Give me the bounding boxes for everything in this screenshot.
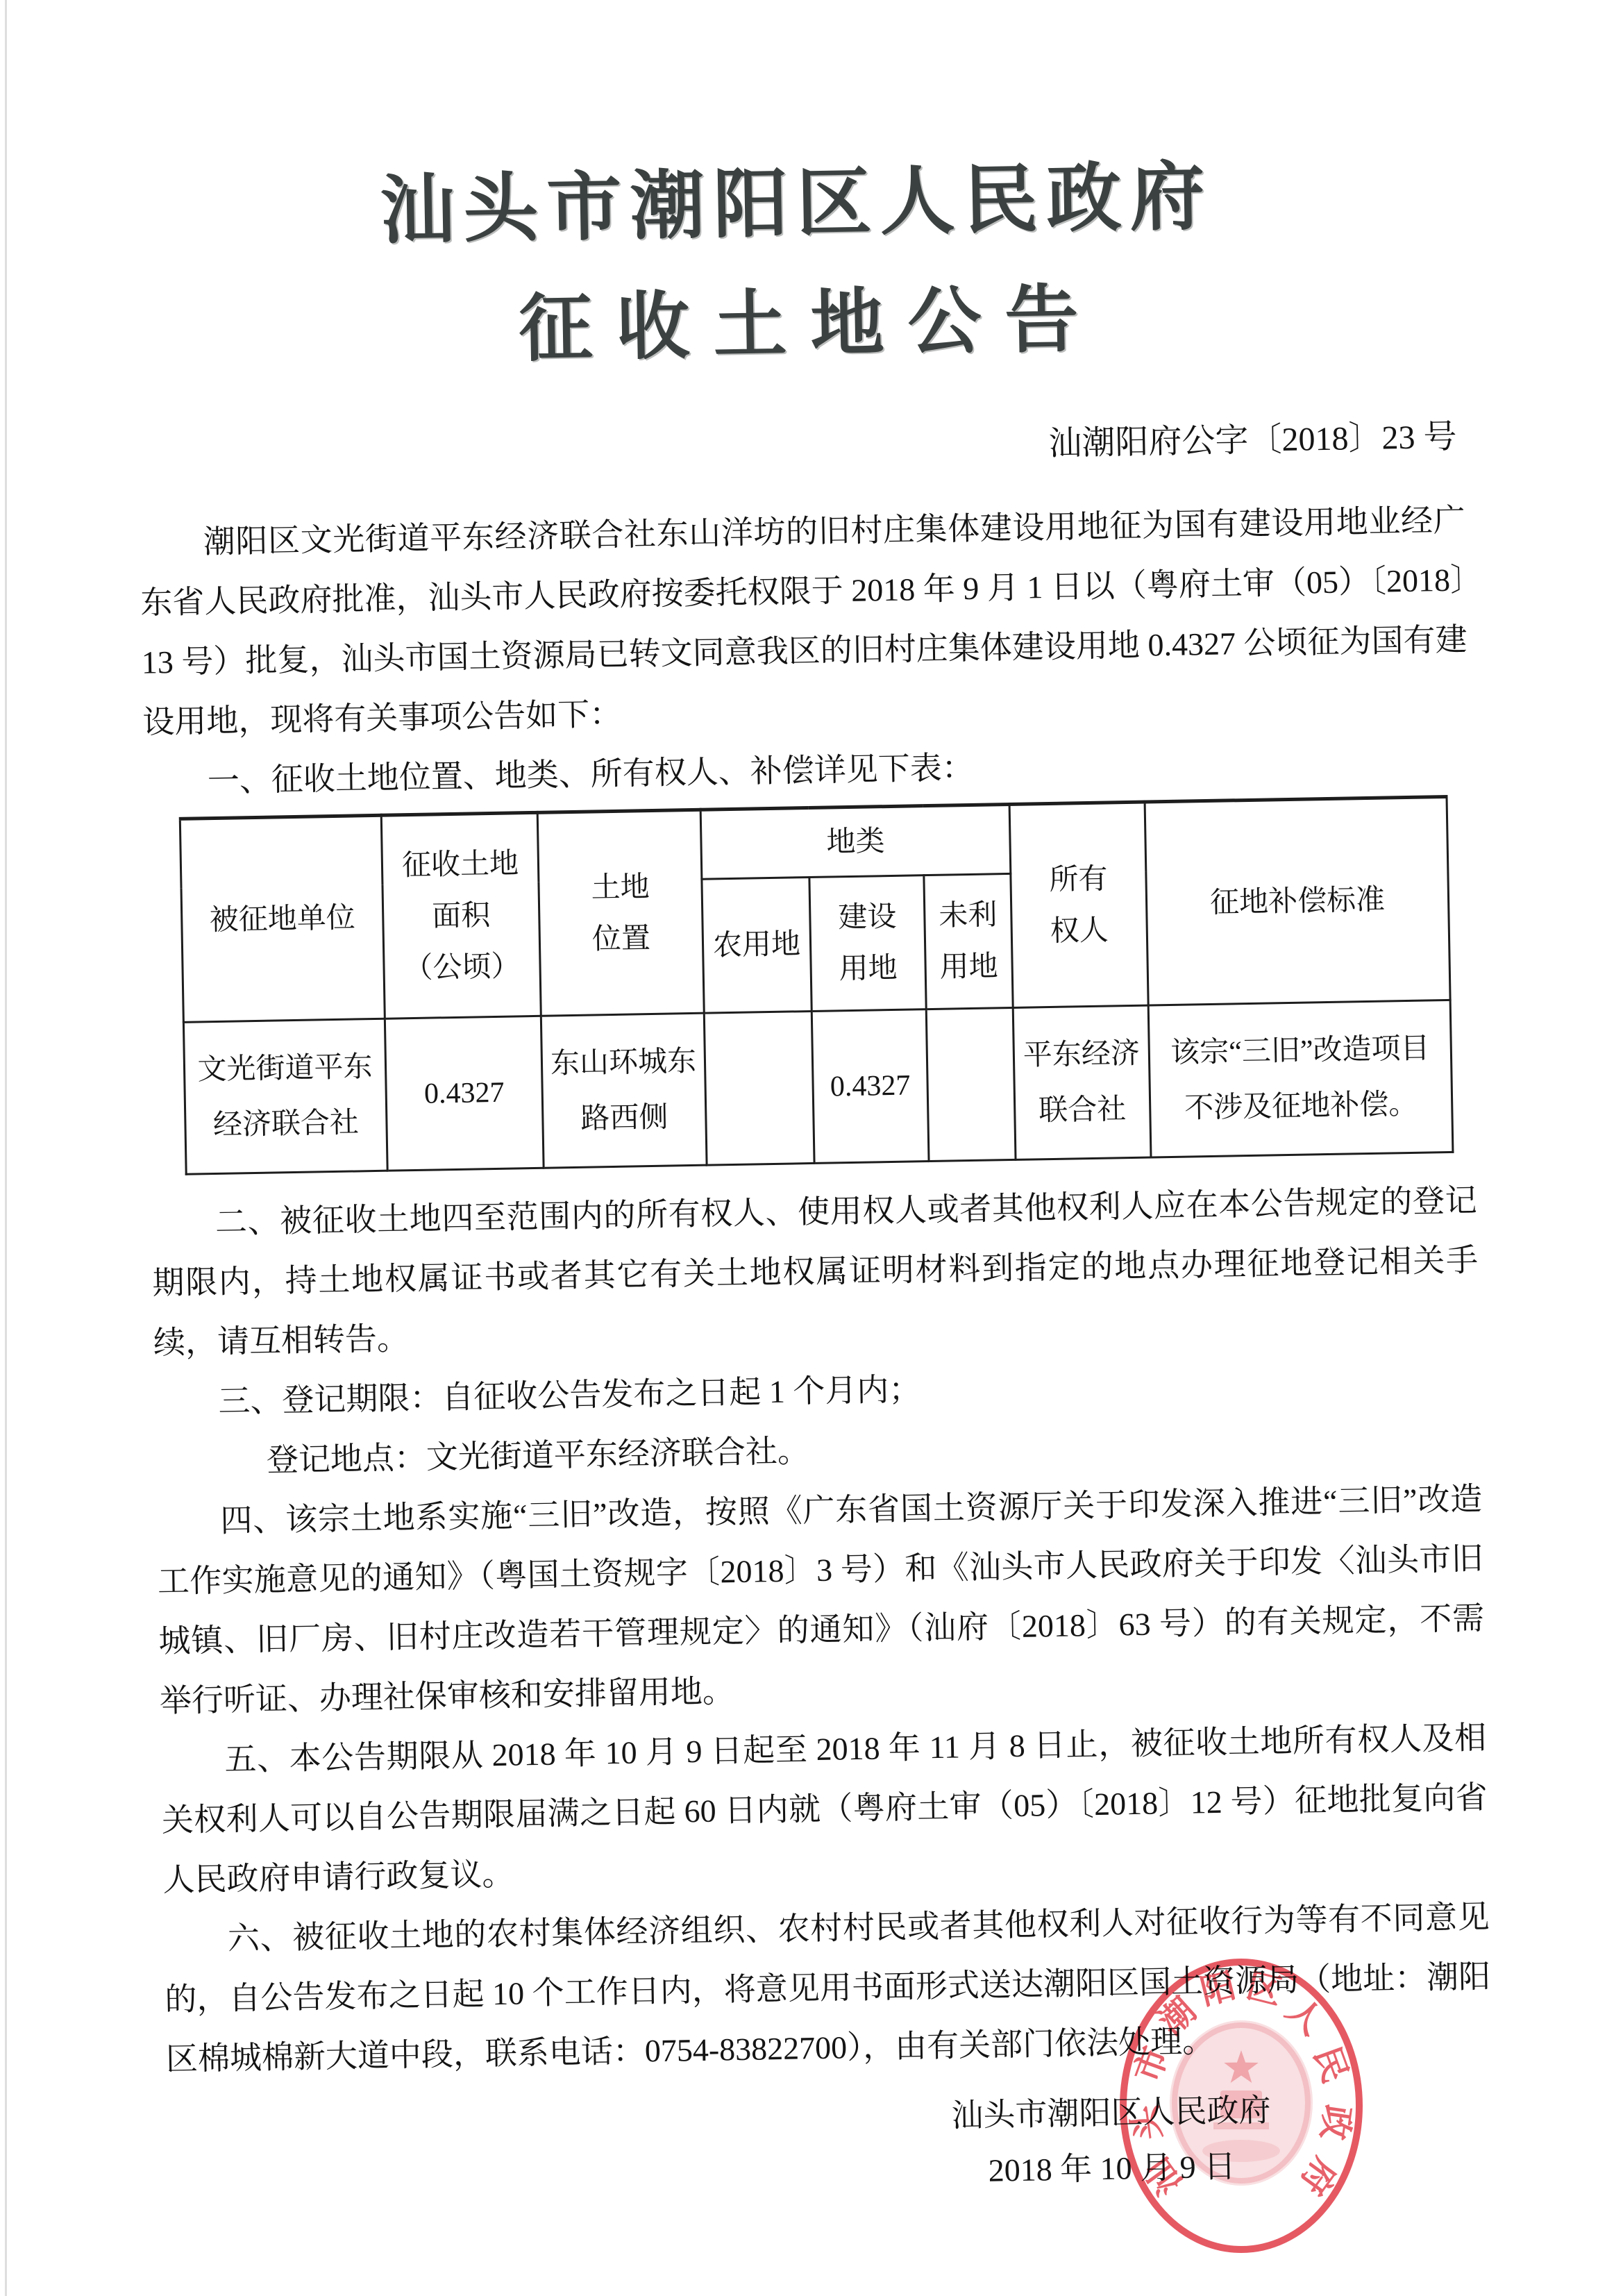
- land-expropriation-table: 被征地单位 征收土地 面积 （公顷） 土地 位置 地类 所有 权人 征地补偿标准…: [179, 795, 1454, 1175]
- col-header-unit: 被征地单位: [180, 815, 385, 1022]
- col-header-construction: 建设 用地: [809, 875, 926, 1012]
- intro-paragraph: 潮阳区文光街道平东经济联合社东山洋坊的旧村庄集体建设用地征为国有建设用地业经广东…: [139, 490, 1469, 752]
- document-number: 汕潮阳府公字〔2018〕23 号: [137, 415, 1464, 481]
- svg-text:区: 区: [1243, 1966, 1286, 2011]
- table-row: 文光街道平东经济联合社 0.4327 东山环城东路西侧 0.4327 平东经济联…: [183, 1000, 1453, 1174]
- svg-text:头: 头: [1125, 2102, 1168, 2143]
- col-header-compensation: 征地补偿标准: [1145, 796, 1450, 1005]
- announcement-title: 征收土地公告: [135, 274, 1463, 376]
- col-header-agricultural: 农用地: [702, 878, 811, 1014]
- official-seal-graphic: 汕头市潮阳区人民政府: [1109, 1950, 1373, 2262]
- cell-area: 0.4327: [385, 1016, 544, 1171]
- cell-location: 东山环城东路西侧: [541, 1013, 707, 1168]
- svg-text:政: 政: [1314, 2103, 1357, 2143]
- cell-owner: 平东经济联合社: [1013, 1005, 1151, 1159]
- svg-text:阳: 阳: [1197, 1966, 1240, 2011]
- issuer-title: 汕头市潮阳区人民政府: [133, 156, 1461, 255]
- col-header-area: 征收土地 面积 （公顷）: [381, 812, 541, 1019]
- col-header-location: 土地 位置: [537, 810, 704, 1016]
- announcement-content: 汕头市潮阳区人民政府 征收土地公告 汕潮阳府公字〔2018〕23 号 潮阳区文光…: [130, 0, 1494, 2213]
- col-header-owner: 所有 权人: [1009, 802, 1148, 1007]
- cell-construction: 0.4327: [811, 1009, 929, 1164]
- item-5-paragraph: 五、本公告期限从 2018 年 10 月 9 日起至 2018 年 11 月 8…: [160, 1708, 1489, 1910]
- official-seal: 汕头市潮阳区人民政府: [1109, 1950, 1373, 2262]
- national-emblem-faded: [1170, 2020, 1313, 2186]
- item-2-paragraph: 二、被征收土地四至范围内的所有权人、使用权人或者其他权利人应在本公告规定的登记期…: [151, 1171, 1479, 1373]
- col-header-land-class: 地类: [700, 804, 1011, 879]
- cell-unused: [926, 1007, 1016, 1161]
- cell-compensation: 该宗“三旧”改造项目不涉及征地补偿。: [1148, 1000, 1453, 1157]
- scan-edge-artifact: [5, 0, 7, 2296]
- document-page: 汕头市潮阳区人民政府 征收土地公告 汕潮阳府公字〔2018〕23 号 潮阳区文光…: [0, 0, 1623, 2296]
- cell-agricultural: [704, 1011, 814, 1165]
- item-4-paragraph: 四、该宗土地系实施“三旧”改造，按照《广东省国土资源厅关于印发深入推进“三旧”改…: [156, 1469, 1486, 1731]
- col-header-unused: 未利 用地: [924, 873, 1013, 1009]
- cell-unit: 文光街道平东经济联合社: [183, 1019, 387, 1174]
